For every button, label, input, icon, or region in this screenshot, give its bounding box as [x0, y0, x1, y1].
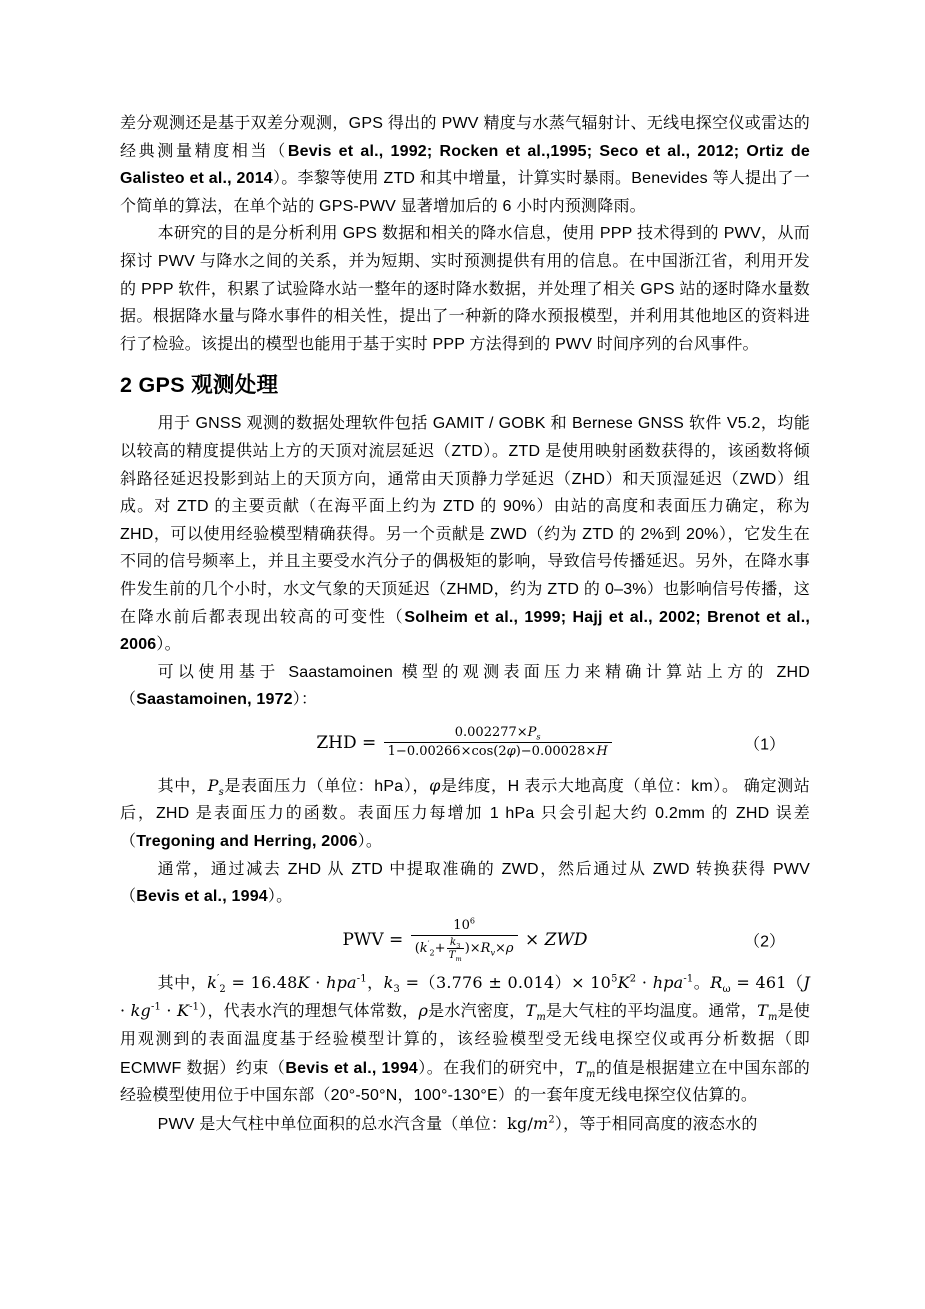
equation-1-body: ZHD = 0.002277×Ps 1−0.00266×cos(2φ)−0.00…: [316, 725, 613, 760]
text-run: ρ: [506, 941, 514, 956]
text-run: -1: [357, 974, 367, 985]
paragraph-saastamoinen-intro: 可以使用基于 Saastamoinen 模型的观测表面压力来精确计算站上方的 Z…: [120, 659, 810, 714]
text-run: ）。: [268, 888, 292, 905]
text-run: T: [757, 1001, 768, 1020]
text-run: ′: [217, 974, 219, 985]
text-run: ·: [636, 973, 652, 992]
text-run: kg: [507, 1114, 527, 1133]
text-run: = 461（: [731, 973, 804, 992]
equation-1-fraction: 0.002277×Ps 1−0.00266×cos(2φ)−0.00028×H: [384, 725, 612, 760]
equation-2-den-pre: (k′2+: [415, 940, 446, 958]
text-run: K: [618, 973, 630, 992]
text-run: m: [536, 1013, 546, 1024]
text-run: 本研究的目的是分析利用 GPS 数据和相关的降水信息，使用 PPP 技术得到的 …: [120, 225, 810, 352]
text-run: PWV 是大气柱中单位面积的总水汽含量（单位：: [158, 1116, 508, 1133]
text-run: ）。在我们的研究中，: [418, 1060, 575, 1077]
text-run: 是大气柱的平均温度。通常，: [546, 1003, 757, 1020]
text-run: ZHD =: [316, 733, 381, 753]
text-run: -1: [683, 974, 693, 985]
page-content: 差分观测还是基于双差分观测，GPS 得出的 PWV 精度与水蒸气辐射计、无线电探…: [0, 0, 925, 1138]
text-run: K: [298, 973, 310, 992]
text-run: 用于 GNSS 观测的数据处理软件包括 GAMIT / GOBK 和 Berne…: [120, 415, 810, 625]
equation-2-suffix: × ZWD: [520, 930, 588, 950]
text-run: = 16.48: [226, 973, 298, 992]
text-run: ZWD: [545, 930, 588, 950]
paragraph-pwv-definition: PWV 是大气柱中单位面积的总水汽含量（单位：kg/m2），等于相同高度的液态水…: [120, 1110, 810, 1139]
text-run: +: [435, 941, 446, 956]
text-run: K: [177, 1001, 189, 1020]
equation-2-nested-numerator: k3: [447, 936, 464, 948]
text-run: J: [803, 973, 810, 992]
equation-2-denominator: (k′2+ k3 Tm )×Rv×ρ: [411, 935, 518, 962]
text-run: T: [526, 1001, 537, 1020]
text-run: 是水汽密度，: [428, 1003, 525, 1020]
text-run: m: [768, 1013, 778, 1024]
text-run: =（3.776 ± 0.014）× 10: [400, 973, 611, 992]
text-run: k: [207, 973, 217, 992]
text-run: Bevis et al., 1994: [285, 1060, 418, 1077]
text-run: 其中，: [158, 975, 207, 992]
text-run: -1: [151, 1002, 161, 1013]
paragraph-zwd-to-pwv: 通常，通过减去 ZHD 从 ZTD 中提取准确的 ZWD，然后通过从 ZWD 转…: [120, 856, 810, 911]
text-run: ·: [310, 973, 326, 992]
equation-2-nested-fraction: k3 Tm: [447, 936, 464, 962]
text-run: P: [208, 776, 219, 795]
text-run: ）。: [156, 636, 180, 653]
paragraph-dd-pwv-accuracy: 差分观测还是基于双差分观测，GPS 得出的 PWV 精度与水蒸气辐射计、无线电探…: [120, 110, 810, 220]
text-run: 6: [470, 917, 475, 926]
equation-1-denominator: 1−0.00266×cos(2φ)−0.00028×H: [384, 742, 612, 761]
text-run: 其中，: [158, 778, 208, 795]
text-run: )−0.00028×: [516, 744, 597, 759]
text-run: Bevis et al., 1994: [136, 888, 268, 905]
text-run: Saastamoinen, 1972: [136, 691, 293, 708]
text-run: 。: [693, 975, 710, 992]
text-run: ′: [428, 940, 430, 949]
text-run: 10: [453, 918, 470, 933]
paragraph-zhd-variables: 其中，Ps是表面压力（单位：hPa），φ是纬度，H 表示大地高度（单位：km）。…: [120, 772, 810, 856]
text-run: φ: [429, 776, 440, 795]
text-run: ）。: [358, 833, 382, 850]
text-run: ·: [120, 1001, 131, 1020]
text-run: φ: [507, 744, 516, 759]
text-run: 是表面压力（单位：hPa），: [224, 778, 429, 795]
text-run: R: [710, 973, 722, 992]
text-run: hpa: [653, 973, 684, 992]
equation-2-denominator-line: (k′2+ k3 Tm )×Rv×ρ: [415, 936, 514, 962]
equation-1-lhs: ZHD =: [316, 733, 381, 753]
text-run: ）：: [293, 691, 317, 708]
equation-1: ZHD = 0.002277×Ps 1−0.00266×cos(2φ)−0.00…: [120, 718, 810, 768]
equation-2-lhs: PWV =: [342, 930, 408, 950]
equation-2-body: PWV = 106 (k′2+ k3 Tm )×Rv×ρ: [342, 918, 587, 962]
text-run: -1: [189, 1002, 199, 1013]
paragraph-gnss-software-ztd: 用于 GNSS 观测的数据处理软件包括 GAMIT / GOBK 和 Berne…: [120, 410, 810, 658]
text-run: ·: [161, 1001, 177, 1020]
text-run: m: [586, 1069, 596, 1080]
text-run: PWV =: [342, 930, 408, 950]
equation-2-den-post: )×Rv×ρ: [465, 940, 514, 958]
paragraph-constants-tm: 其中，k′2 = 16.48K · hpa-1，k3 =（3.776 ± 0.0…: [120, 969, 810, 1110]
equation-2-nested-denominator: Tm: [447, 948, 464, 962]
text-run: ×: [495, 941, 506, 956]
text-run: )×: [465, 941, 481, 956]
text-run: ），等于相同高度的液态水的: [555, 1116, 758, 1133]
text-run: ρ: [418, 1001, 428, 1020]
equation-2-number: （2）: [744, 928, 785, 951]
text-run: ×: [520, 930, 545, 950]
text-run: R: [481, 941, 491, 956]
text-run: k: [420, 941, 428, 956]
text-run: H: [596, 744, 607, 759]
section-heading-gps-processing: 2 GPS 观测处理: [120, 368, 810, 402]
equation-2: PWV = 106 (k′2+ k3 Tm )×Rv×ρ: [120, 915, 810, 965]
text-run: m: [456, 955, 462, 963]
text-run: k: [384, 973, 394, 992]
equation-1-number: （1）: [744, 731, 785, 754]
text-run: ，: [367, 975, 384, 992]
text-run: 1−0.00266×cos(2: [388, 744, 507, 759]
text-run: hpa: [326, 973, 357, 992]
text-run: Tregoning and Herring, 2006: [136, 833, 357, 850]
equation-2-fraction: 106 (k′2+ k3 Tm )×Rv×ρ: [411, 918, 518, 962]
text-run: ω: [722, 984, 730, 995]
text-run: m: [533, 1114, 548, 1133]
text-run: 0.002277×: [455, 725, 528, 740]
equation-1-numerator: 0.002277×Ps: [384, 725, 612, 742]
equation-2-numerator: 106: [411, 918, 518, 935]
text-run: T: [449, 949, 456, 961]
paragraph-study-purpose: 本研究的目的是分析利用 GPS 数据和相关的降水信息，使用 PPP 技术得到的 …: [120, 220, 810, 358]
text-run: s: [536, 733, 540, 742]
text-run: ，代表水汽的理想气体常数，: [207, 1003, 418, 1020]
document-page: 差分观测还是基于双差分观测，GPS 得出的 PWV 精度与水蒸气辐射计、无线电探…: [0, 0, 925, 1309]
text-run: kg: [131, 1001, 151, 1020]
text-run: T: [575, 1058, 586, 1077]
